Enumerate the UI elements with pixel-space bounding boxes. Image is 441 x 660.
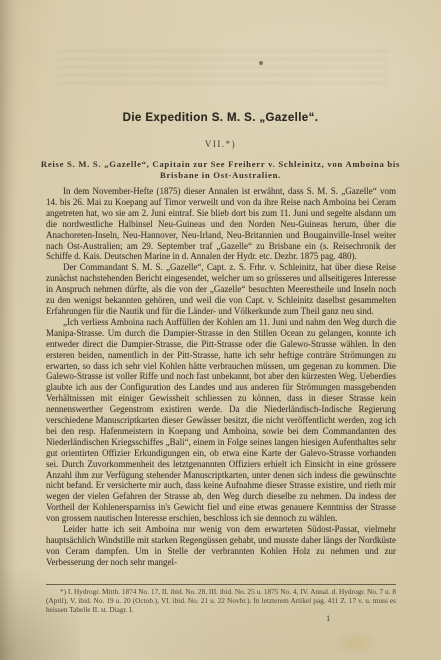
paragraph-3: „Ich verliess Amboina nach Auffüllen der…: [46, 317, 396, 524]
document-subtitle: Reise S. M. S. „Gazelle“, Capitain zur S…: [38, 159, 403, 181]
body-text-column: In dem November-Hefte (1875) dieser Anna…: [46, 186, 396, 582]
document-title: Die Expedition S. M. S. „Gazelle“.: [0, 112, 441, 124]
page-number: 1: [326, 613, 330, 623]
ink-speck: [259, 61, 263, 65]
paragraph-2: Der Commandant S. M. S. „Gazelle“, Capt.…: [46, 262, 396, 317]
scanned-document-page: Die Expedition S. M. S. „Gazelle“. VII.*…: [0, 0, 441, 660]
part-number: VII.*): [0, 139, 441, 149]
paragraph-1: In dem November-Hefte (1875) dieser Anna…: [46, 186, 396, 262]
paper-stain: [332, 630, 378, 656]
paragraph-4: Leider hatte ich seit Amboina nur wenig …: [46, 524, 396, 568]
text-bleed-through: [58, 50, 388, 84]
footnote: *) I. Hydrogr. Mitth. 1874 No. 17, II. i…: [46, 584, 396, 614]
